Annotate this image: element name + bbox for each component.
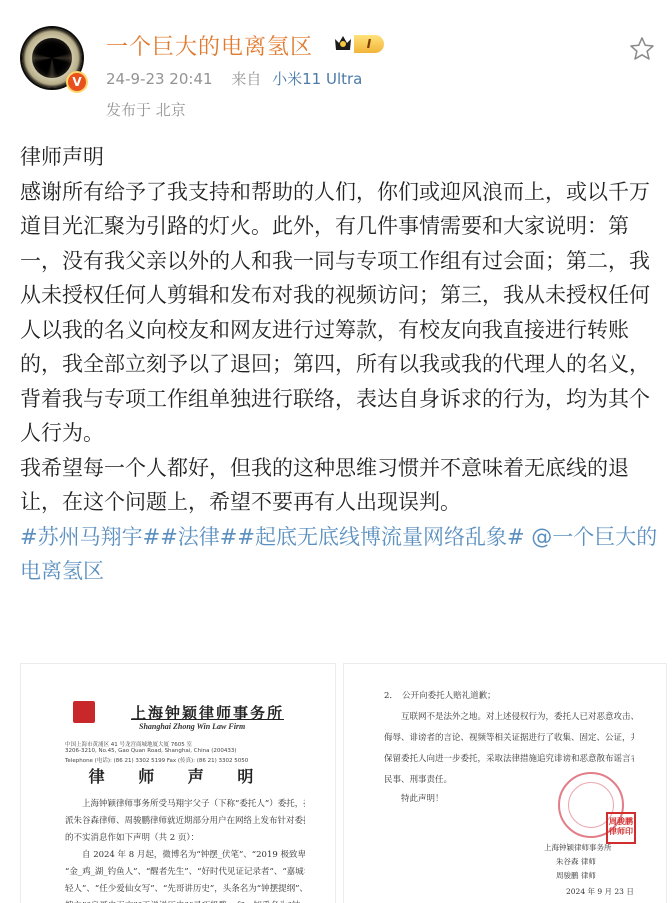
firm-address-line: 中国上海市黄浦区 41 号龙宫商城地厦大厦 7605 室 [65, 740, 192, 748]
signature-lawyer: 朱谷森 律师 [556, 856, 596, 867]
post-body: 律师声明 感谢所有给予了我支持和帮助的人们，你们或迎风浪而上，或以千万道目光汇聚… [20, 140, 660, 589]
document-image-page-2[interactable]: 2． 公开向委托人赔礼道歉； 互联网不是法外之地。对上述侵权行为，委托人已对恶意… [343, 663, 667, 903]
device-source-link[interactable]: 小米11 Ultra [272, 70, 362, 88]
firm-name: 上海钟颖律师事务所 [131, 702, 284, 723]
post-header: V 一个巨大的电离氢区 I 24-9-23 20:41 来自 小米11 Ultr… [0, 0, 672, 130]
document-line: 上海钟颖律师事务所受马翔宇父子（下称“委托人”）委托，指 [65, 797, 305, 809]
firm-address-line: 3206-3210, No.45, Gao Quan Road, Shangha… [65, 748, 237, 754]
document-line: 保留委托人向进一步委托，采取法律措施追究诽谤和恶意散布谣言者 [384, 752, 634, 764]
document-line: 侮辱、诽谤者的言论、视频等相关证据进行了收集、固定、公证，并 [384, 731, 634, 743]
member-level-badge[interactable]: I [354, 35, 384, 53]
document-line: 2． 公开向委托人赔礼道歉； [384, 689, 634, 701]
lawyer-seal-icon: 周骏鹏律师印 [606, 812, 636, 844]
hashtag-link[interactable]: #法律# [160, 525, 237, 549]
crown-icon [333, 33, 353, 53]
from-label: 来自 [231, 70, 261, 88]
author-name[interactable]: 一个巨大的电离氢区 [106, 30, 313, 61]
swirl-avatar-icon [32, 38, 72, 78]
document-title: 律 师 声 明 [21, 764, 335, 787]
document-line: 派朱谷森律师、周骏鹏律师就近期部分用户在网络上发布针对委托人 [65, 814, 305, 826]
document-line: 轻人”、“任少爱仙女写”、“先哥讲历史”，头条名为“钟摆提纲”、“张 [65, 882, 305, 894]
signature-firm: 上海钟颖律师事务所 [544, 842, 612, 853]
star-outline-icon[interactable] [628, 35, 656, 63]
document-line: 互联网不是法外之地。对上述侵权行为，委托人已对恶意攻击、 [384, 710, 634, 722]
firm-logo-seal-icon [73, 701, 95, 723]
document-date: 2024 年 9 月 23 日 [566, 886, 634, 897]
post-paragraph-1: 感谢所有给予了我支持和帮助的人们，你们或迎风浪而上，或以千万道目光汇聚为引路的灯… [20, 175, 660, 451]
document-image-page-1[interactable]: 上海钟颖律师事务所 Shanghai Zhong Win Law Firm 中国… [20, 663, 336, 903]
post-image-grid: 上海钟颖律师事务所 Shanghai Zhong Win Law Firm 中国… [20, 663, 666, 903]
post-location: 发布于 北京 [106, 99, 186, 120]
verified-badge-icon: V [66, 71, 88, 93]
firm-name-en: Shanghai Zhong Win Law Firm [139, 722, 245, 731]
hashtag-link[interactable]: #起底无底线博流量网络乱象# [237, 525, 524, 549]
document-line: 槐之”“良哥史百方”“王说说历史”“灵巧奶酪_qf”，知乎名为“钟 [65, 899, 305, 903]
post-timestamp: 24-9-23 20:41 [106, 70, 213, 88]
post-title: 律师声明 [20, 140, 660, 175]
firm-address-line: Telephone (电话): (86 21) 3302 5199 Fax (传… [65, 756, 248, 764]
hashtag-link[interactable]: #苏州马翔宇# [20, 525, 160, 549]
document-line: 的不实消息作如下声明（共 2 页）： [65, 831, 305, 843]
signature-lawyer: 周骏鹏 律师 [556, 870, 596, 881]
document-line: “金_鸡_湖_钓鱼人”、“醒者先生”、“好时代见证记录者”、“嘉城年 [65, 865, 305, 877]
post-meta: 24-9-23 20:41 来自 小米11 Ultra [106, 68, 362, 89]
document-line: 自 2024 年 8 月起，微博名为“钟摆_伏笔”、“2019 极致卑微”、 [65, 848, 305, 860]
post-tags: #苏州马翔宇##法律##起底无底线博流量网络乱象# @一个巨大的电离氢区 [20, 520, 660, 589]
post-paragraph-2: 我希望每一个人都好，但我的这种思维习惯并不意味着无底线的退让，在这个问题上，希望… [20, 451, 660, 520]
